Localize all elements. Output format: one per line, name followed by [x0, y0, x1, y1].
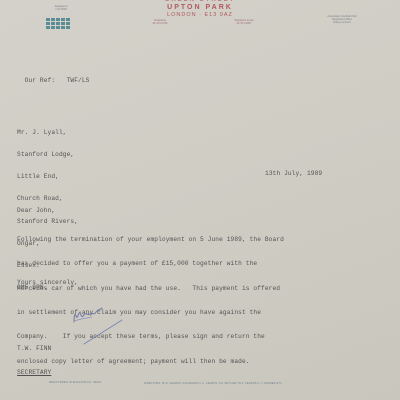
signature-icon: [70, 306, 130, 346]
body-line: Company. If you accept these terms, plea…: [17, 333, 284, 341]
body-line: Following the termination of your employ…: [17, 236, 284, 244]
closing: Yours sincerely,: [17, 279, 78, 287]
letterhead-left-small: Registered 1 00 0000: [48, 5, 74, 11]
address-line: Church Road,: [17, 195, 78, 202]
telephone-block: Telephone 01-472 2740: [140, 19, 180, 25]
signatory-title: SECRETARY: [17, 369, 51, 377]
address-line: Little End,: [17, 173, 78, 180]
body-line: enclosed copy letter of agreement; payme…: [17, 358, 284, 366]
salutation: Dear John,: [17, 207, 55, 215]
address-line: Mr. J. Lyall,: [17, 129, 78, 136]
signatory-block: T.W. FINN SECRETARY: [17, 329, 51, 385]
reference-value: TWF/LS: [67, 77, 90, 84]
address-line: Stanford Lodge,: [17, 151, 78, 158]
letter-date: 13th July, 1989: [265, 170, 322, 178]
letter-body: Following the termination of your employ…: [17, 220, 284, 374]
signature: [70, 306, 130, 346]
signatory-name: T.W. FINN: [17, 345, 51, 353]
body-line: in settlement of any claim you may consi…: [17, 309, 284, 317]
fax-block: Telegrams & Fax 01-471 2997: [224, 19, 264, 25]
our-reference: Our Ref: TWF/LS: [17, 69, 90, 84]
footer-directors: DIRECTORS: M.W. CEARNS (CHAIRMAN) L.C. C…: [144, 382, 282, 385]
club-badge-icon: [46, 18, 70, 29]
reference-label: Our Ref:: [25, 77, 56, 84]
footer-registration: REGISTERED IN ENGLAND No. 66516: [49, 381, 101, 384]
letterhead-district: UPTON PARK: [130, 4, 270, 11]
letterhead: GREEN STREET UPTON PARK LONDON · E13 9AZ…: [0, 0, 400, 36]
letterhead-city: LONDON · E13 9AZ: [130, 12, 270, 18]
letterhead-street: GREEN STREET: [130, 0, 270, 3]
letterhead-right-small: Association Football Club Registered Off…: [312, 15, 372, 25]
body-line: has decided to offer you a payment of £1…: [17, 260, 284, 268]
